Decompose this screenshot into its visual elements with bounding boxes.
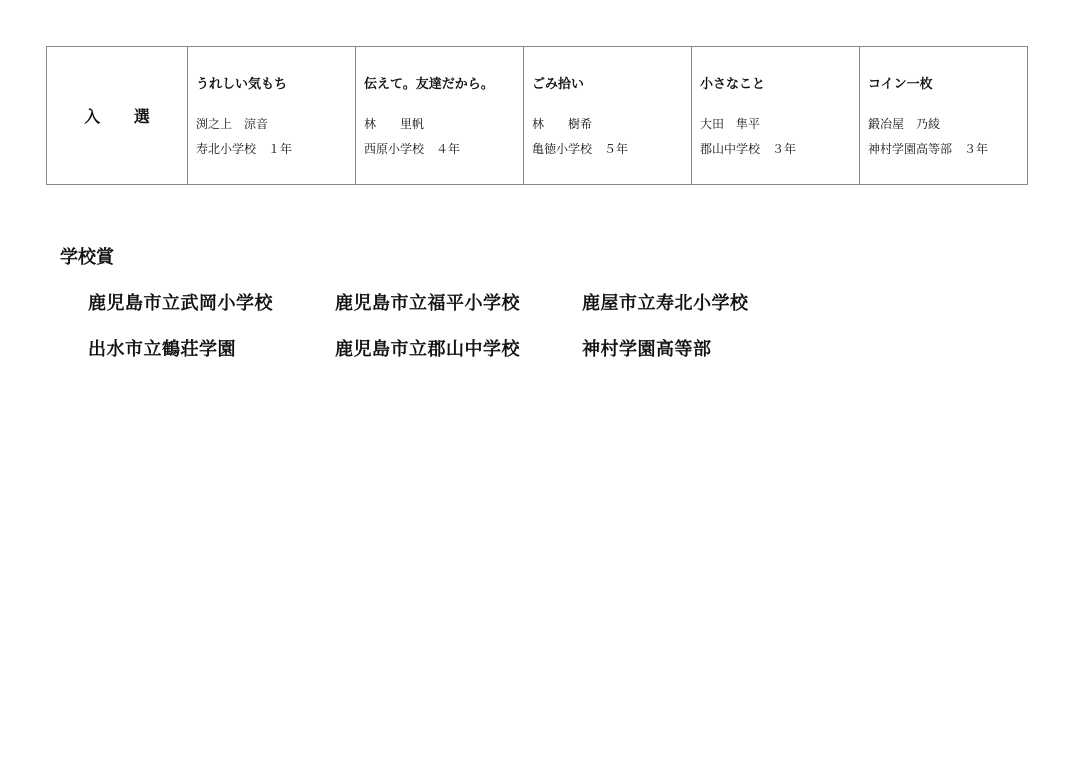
entry-name: 渕之上 涼音 bbox=[196, 115, 347, 132]
school-name: 神村学園高等部 bbox=[582, 335, 829, 381]
entry-cell: 小さなこと 大田 隼平 郡山中学校 ３年 bbox=[692, 47, 860, 185]
category-cell: 入 選 bbox=[47, 47, 188, 185]
entry-cell: 伝えて。友達だから。 林 里帆 西原小学校 ４年 bbox=[356, 47, 524, 185]
school-award-section: 学校賞 bbox=[60, 243, 114, 269]
award-table: 入 選 うれしい気もち 渕之上 涼音 寿北小学校 １年 伝えて。友達だから。 林… bbox=[46, 46, 1028, 185]
school-name: 出水市立鶴荘学園 bbox=[88, 335, 335, 381]
entry-title: コイン一枚 bbox=[868, 73, 1019, 93]
entry-school: 郡山中学校 ３年 bbox=[700, 140, 851, 157]
entry-name: 鍛冶屋 乃綾 bbox=[868, 115, 1019, 132]
school-row: 出水市立鶴荘学園 鹿児島市立郡山中学校 神村学園高等部 bbox=[88, 335, 829, 381]
school-row: 鹿児島市立武岡小学校 鹿児島市立福平小学校 鹿屋市立寿北小学校 bbox=[88, 289, 829, 335]
entry-school: 西原小学校 ４年 bbox=[364, 140, 515, 157]
entry-cell: ごみ拾い 林 樹希 亀徳小学校 ５年 bbox=[524, 47, 692, 185]
entry-name: 大田 隼平 bbox=[700, 115, 851, 132]
school-name: 鹿屋市立寿北小学校 bbox=[582, 289, 829, 335]
category-label: 入 選 bbox=[70, 107, 164, 126]
entry-title: うれしい気もち bbox=[196, 73, 347, 93]
school-award-list: 鹿児島市立武岡小学校 鹿児島市立福平小学校 鹿屋市立寿北小学校 出水市立鶴荘学園… bbox=[88, 289, 829, 381]
school-name: 鹿児島市立郡山中学校 bbox=[335, 335, 582, 381]
entry-title: ごみ拾い bbox=[532, 73, 683, 93]
entry-name: 林 里帆 bbox=[364, 115, 515, 132]
entry-name: 林 樹希 bbox=[532, 115, 683, 132]
entry-school: 亀徳小学校 ５年 bbox=[532, 140, 683, 157]
entry-title: 伝えて。友達だから。 bbox=[364, 73, 515, 93]
school-name: 鹿児島市立福平小学校 bbox=[335, 289, 582, 335]
entry-cell: コイン一枚 鍛冶屋 乃綾 神村学園高等部 ３年 bbox=[860, 47, 1028, 185]
entry-school: 神村学園高等部 ３年 bbox=[868, 140, 1019, 157]
school-award-heading: 学校賞 bbox=[60, 243, 114, 269]
entry-cell: うれしい気もち 渕之上 涼音 寿北小学校 １年 bbox=[188, 47, 356, 185]
entry-school: 寿北小学校 １年 bbox=[196, 140, 347, 157]
entry-title: 小さなこと bbox=[700, 73, 851, 93]
school-name: 鹿児島市立武岡小学校 bbox=[88, 289, 335, 335]
